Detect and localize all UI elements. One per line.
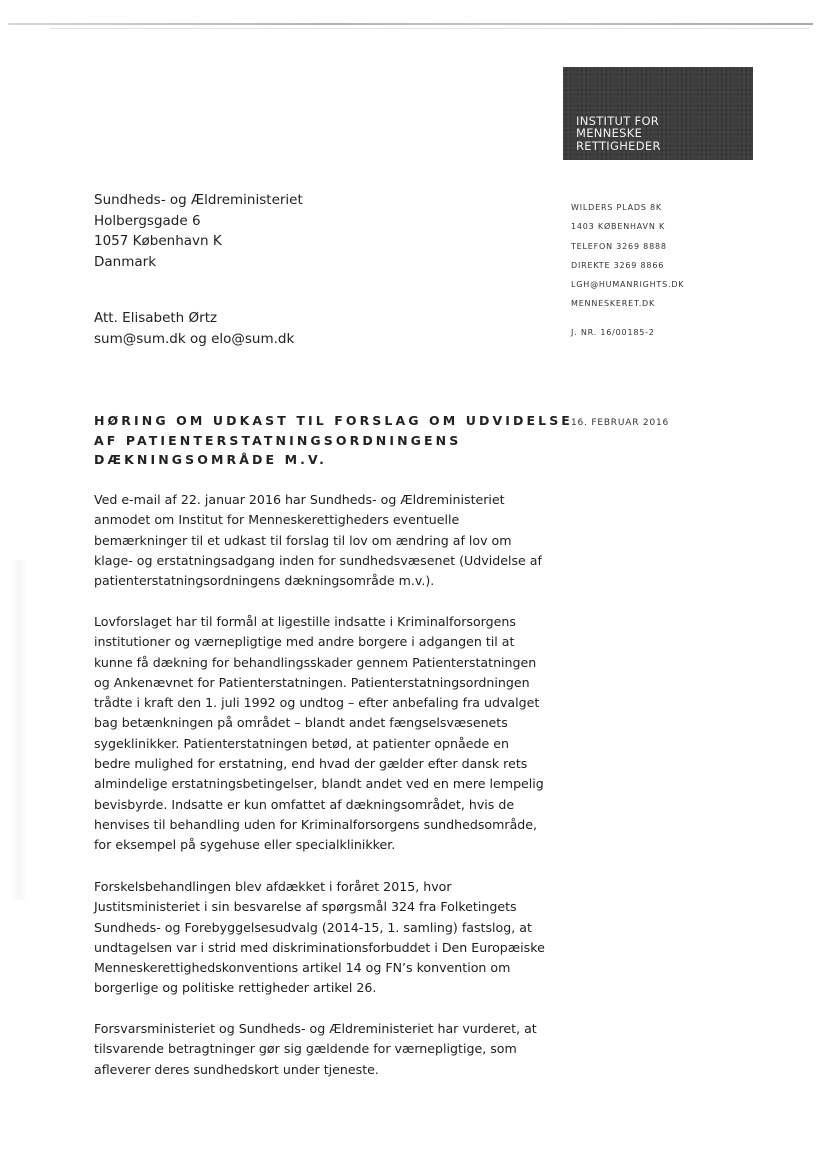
- paragraph-line: almindelige erstatningsbetingelser, blan…: [94, 774, 564, 794]
- sender-contact: WILDERS PLADS 8K 1403 KØBENHAVN K TELEFO…: [571, 198, 684, 314]
- sender-email: LGH@HUMANRIGHTS.DK: [571, 275, 684, 294]
- paragraph-line: kunne få dækning for behandlingsskader g…: [94, 653, 564, 673]
- paragraph-line: bevisbyrde. Indsatte er kun omfattet af …: [94, 795, 564, 815]
- paragraph-line: for eksempel på sygehuse eller specialkl…: [94, 835, 564, 855]
- sender-street: WILDERS PLADS 8K: [571, 198, 684, 217]
- paragraph-line: sygeklinikker. Patienterstatningen betød…: [94, 734, 564, 754]
- recipient-address: Sundheds- og Ældreministeriet Holbergsga…: [94, 190, 303, 272]
- paragraph-line: Sundheds- og Forebyggelsesudvalg (2014-1…: [94, 918, 564, 938]
- scan-artifact-line: [8, 23, 813, 25]
- scan-artifact-shadow: [12, 560, 26, 900]
- recipient-country: Danmark: [94, 252, 303, 273]
- sender-direct-phone: DIREKTE 3269 8866: [571, 256, 684, 275]
- logo-line: RETTIGHEDER: [576, 140, 661, 153]
- title-line: DÆKNINGSOMRÅDE M.V.: [94, 450, 564, 470]
- paragraph-line: tilsvarende betragtninger gør sig gælden…: [94, 1039, 564, 1059]
- paragraph-line: Forsvarsministeriet og Sundheds- og Ældr…: [94, 1019, 564, 1039]
- attention-person: Att. Elisabeth Ørtz: [94, 308, 294, 329]
- paragraph-purpose: Lovforslaget har til formål at ligestill…: [94, 612, 564, 856]
- institute-logo: INSTITUT FOR MENNESKE RETTIGHEDER: [563, 67, 753, 160]
- paragraph-line: borgerlige og politiske rettigheder arti…: [94, 978, 564, 998]
- paragraph-line: undtagelsen var i strid med diskriminati…: [94, 938, 564, 958]
- paragraph-line: Justitsministeriet i sin besvarelse af s…: [94, 897, 564, 917]
- paragraph-line: Forskelsbehandlingen blev afdækket i for…: [94, 877, 564, 897]
- paragraph-line: afleverer deres sundhedskort under tjene…: [94, 1060, 564, 1080]
- title-line: AF PATIENTERSTATNINGSORDNINGENS: [94, 431, 564, 451]
- paragraph-line: Menneskerettighedskonventions artikel 14…: [94, 958, 564, 978]
- paragraph-line: anmodet om Institut for Menneskerettighe…: [94, 510, 564, 530]
- paragraph-line: bedre mulighed for erstatning, end hvad …: [94, 754, 564, 774]
- paragraph-intro: Ved e-mail af 22. januar 2016 har Sundhe…: [94, 490, 564, 591]
- paragraph-line: trådte i kraft den 1. juli 1992 og undto…: [94, 693, 564, 713]
- paragraph-discrimination: Forskelsbehandlingen blev afdækket i for…: [94, 877, 564, 999]
- paragraph-line: bemærkninger til et udkast til forslag t…: [94, 531, 564, 551]
- attention-emails: sum@sum.dk og elo@sum.dk: [94, 329, 294, 350]
- title-line: HØRING OM UDKAST TIL FORSLAG OM UDVIDELS…: [94, 411, 564, 431]
- paragraph-conscripts: Forsvarsministeriet og Sundheds- og Ældr…: [94, 1019, 564, 1080]
- journal-number: J. NR. 16/00185-2: [571, 328, 655, 337]
- logo-line: MENNESKE: [576, 127, 661, 140]
- logo-text: INSTITUT FOR MENNESKE RETTIGHEDER: [576, 115, 661, 153]
- letter-title: HØRING OM UDKAST TIL FORSLAG OM UDVIDELS…: [94, 411, 564, 470]
- scan-artifact-line-faint: [50, 28, 810, 29]
- paragraph-line: henvises til behandling uden for Krimina…: [94, 815, 564, 835]
- paragraph-line: bag betænkningen på området – blandt and…: [94, 713, 564, 733]
- recipient-street: Holbergsgade 6: [94, 211, 303, 232]
- paragraph-line: Lovforslaget har til formål at ligestill…: [94, 612, 564, 632]
- paragraph-line: Ved e-mail af 22. januar 2016 har Sundhe…: [94, 490, 564, 510]
- attention-block: Att. Elisabeth Ørtz sum@sum.dk og elo@su…: [94, 308, 294, 349]
- sender-website: MENNESKERET.DK: [571, 294, 684, 313]
- paragraph-line: og Ankenævnet for Patienterstatningen. P…: [94, 673, 564, 693]
- recipient-city: 1057 København K: [94, 231, 303, 252]
- sender-phone: TELEFON 3269 8888: [571, 237, 684, 256]
- recipient-name: Sundheds- og Ældreministeriet: [94, 190, 303, 211]
- letter-date: 16. FEBRUAR 2016: [571, 418, 669, 428]
- paragraph-line: patienterstatningsordningens dækningsomr…: [94, 571, 564, 591]
- sender-city: 1403 KØBENHAVN K: [571, 217, 684, 236]
- paragraph-line: institutioner og værnepligtige med andre…: [94, 632, 564, 652]
- paragraph-line: klage- og erstatningsadgang inden for su…: [94, 551, 564, 571]
